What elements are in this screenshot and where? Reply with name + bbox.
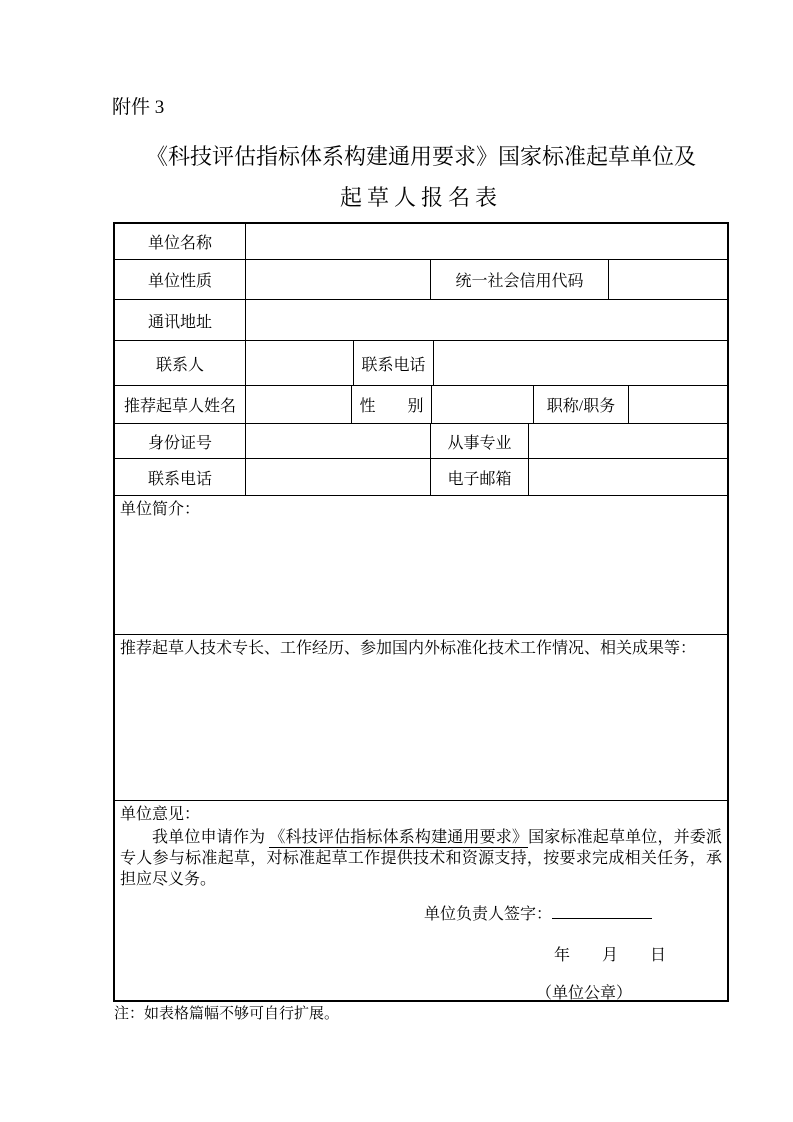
form-title-line2: 起草人报名表 xyxy=(113,185,729,211)
profession-field[interactable] xyxy=(529,424,727,458)
signature-line: 单位负责人签字： xyxy=(424,901,652,924)
row-address: 通讯地址 xyxy=(115,300,727,341)
email-field[interactable] xyxy=(529,459,727,495)
unit-nature-label: 单位性质 xyxy=(115,260,246,299)
attachment-label: 附件 3 xyxy=(112,97,164,119)
row-unit-intro: 单位简介： xyxy=(115,496,727,635)
address-field[interactable] xyxy=(246,300,727,340)
row-id-number: 身份证号 从事专业 xyxy=(115,424,727,459)
contact-phone-label: 联系电话 xyxy=(354,341,434,385)
registration-form-table: 单位名称 单位性质 统一社会信用代码 通讯地址 联系人 联系电话 推荐起草人姓名… xyxy=(113,222,729,1002)
drafter-phone-label: 联系电话 xyxy=(115,459,246,495)
address-label: 通讯地址 xyxy=(115,300,246,340)
row-unit-name: 单位名称 xyxy=(115,224,727,260)
unit-opinion-section: 单位意见： 我单位申请作为 《科技评估指标体系构建通用要求》国家标准起草单位，并… xyxy=(115,801,727,1000)
drafter-phone-field[interactable] xyxy=(246,459,431,495)
id-number-label: 身份证号 xyxy=(115,424,246,458)
unit-nature-field[interactable] xyxy=(246,260,431,299)
signature-label: 单位负责人签字： xyxy=(424,906,552,923)
drafter-expertise-section[interactable]: 推荐起草人技术专长、工作经历、参加国内外标准化技术工作情况、相关成果等： xyxy=(115,635,727,800)
standard-name-underlined: 《科技评估指标体系构建通用要求》 xyxy=(269,829,528,848)
seal-line: （单位公章） xyxy=(536,980,632,1000)
drafter-name-label: 推荐起草人姓名 xyxy=(115,386,246,423)
row-unit-opinion: 单位意见： 我单位申请作为 《科技评估指标体系构建通用要求》国家标准起草单位，并… xyxy=(115,801,727,1000)
row-drafter: 推荐起草人姓名 性 别 职称/职务 xyxy=(115,386,727,424)
signature-blank[interactable] xyxy=(552,904,652,919)
document-page: 附件 3 《科技评估指标体系构建通用要求》国家标准起草单位及 起草人报名表 单位… xyxy=(0,0,793,1122)
unit-name-label: 单位名称 xyxy=(115,224,246,259)
unit-intro-label: 单位简介： xyxy=(120,499,722,520)
row-unit-nature: 单位性质 统一社会信用代码 xyxy=(115,260,727,300)
date-line: 年 月 日 xyxy=(554,942,666,965)
row-drafter-expertise: 推荐起草人技术专长、工作经历、参加国内外标准化技术工作情况、相关成果等： xyxy=(115,635,727,801)
gender-label: 性 别 xyxy=(352,386,432,423)
footnote: 注：如表格篇幅不够可自行扩展。 xyxy=(114,1005,339,1023)
drafter-name-field[interactable] xyxy=(246,386,352,423)
drafter-expertise-label: 推荐起草人技术专长、工作经历、参加国内外标准化技术工作情况、相关成果等： xyxy=(120,638,722,659)
statement-prefix: 我单位申请作为 xyxy=(152,829,269,846)
contact-person-field[interactable] xyxy=(246,341,354,385)
contact-person-label: 联系人 xyxy=(115,341,246,385)
row-contact: 联系人 联系电话 xyxy=(115,341,727,386)
credit-code-field[interactable] xyxy=(609,260,727,299)
unit-opinion-label: 单位意见： xyxy=(120,804,722,825)
gender-field[interactable] xyxy=(432,386,534,423)
unit-intro-section[interactable]: 单位简介： xyxy=(115,496,727,634)
unit-opinion-statement: 我单位申请作为 《科技评估指标体系构建通用要求》国家标准起草单位，并委派专人参与… xyxy=(120,827,722,890)
unit-name-field[interactable] xyxy=(246,224,727,259)
contact-phone-field[interactable] xyxy=(434,341,727,385)
title-position-field[interactable] xyxy=(629,386,727,423)
row-drafter-phone: 联系电话 电子邮箱 xyxy=(115,459,727,496)
form-title-line1: 《科技评估指标体系构建通用要求》国家标准起草单位及 xyxy=(113,144,729,170)
credit-code-label: 统一社会信用代码 xyxy=(431,260,609,299)
title-position-label: 职称/职务 xyxy=(534,386,629,423)
email-label: 电子邮箱 xyxy=(431,459,529,495)
id-number-field[interactable] xyxy=(246,424,431,458)
profession-label: 从事专业 xyxy=(431,424,529,458)
